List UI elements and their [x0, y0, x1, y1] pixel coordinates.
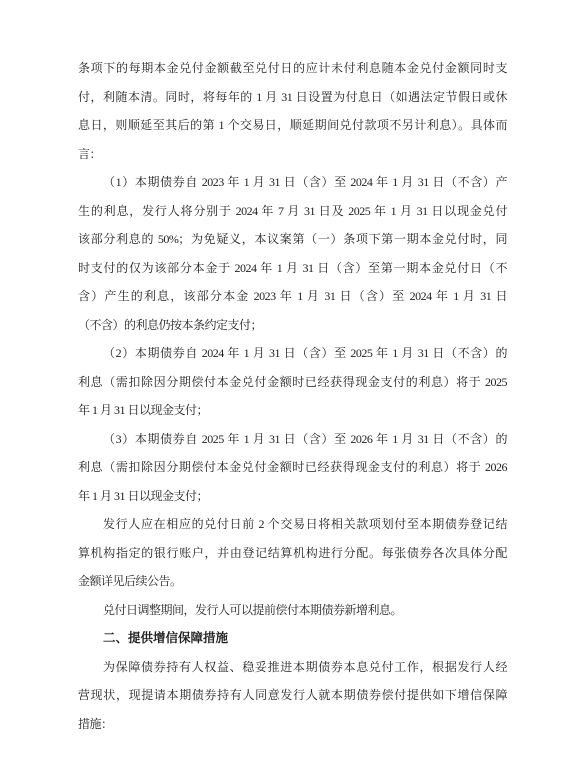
text-block: 条项下的每期本金兑付金额截至兑付日的应计未付利息随本金兑付金额同时支 付，利随本…	[78, 54, 507, 738]
body-line: 为保障债券持有人权益、稳妥推进本期债券本息兑付工作，根据发行人经	[78, 653, 507, 682]
body-line: 生的利息，发行人将分别于 2024 年 7 月 31 日及 2025 年 1 月…	[78, 197, 507, 226]
body-line: （不含）的利息仍按本条约定支付；	[78, 311, 507, 340]
body-line: 含）产生的利息，该部分本金 2023 年 1 月 31 日（含）至 2024 年…	[78, 282, 507, 311]
document-page: 条项下的每期本金兑付金额截至兑付日的应计未付利息随本金兑付金额同时支 付，利随本…	[0, 0, 576, 773]
body-line: 付，利随本清。同时，将每年的 1 月 31 日设置为付息日（如遇法定节假日或休	[78, 83, 507, 112]
body-line: 金额详见后续公告。	[78, 567, 507, 596]
body-line: 言：	[78, 140, 507, 169]
section-heading: 二、提供增信保障措施	[78, 624, 507, 653]
body-line: 年 1 月 31 日以现金支付；	[78, 482, 507, 511]
body-line: 利息（需扣除因分期偿付本金兑付金额时已经获得现金支付的利息）将于 2026	[78, 453, 507, 482]
body-line: （1）本期债券自 2023 年 1 月 31 日（含）至 2024 年 1 月 …	[78, 168, 507, 197]
body-line: 年 1 月 31 日以现金支付；	[78, 396, 507, 425]
body-line: （3）本期债券自 2025 年 1 月 31 日（含）至 2026 年 1 月 …	[78, 425, 507, 454]
body-line: 发行人应在相应的兑付日前 2 个交易日将相关款项划付至本期债券登记结	[78, 510, 507, 539]
body-line: 息日，则顺延至其后的第 1 个交易日，顺延期间兑付款项不另计利息）。具体而	[78, 111, 507, 140]
body-line: （2）本期债券自 2024 年 1 月 31 日（含）至 2025 年 1 月 …	[78, 339, 507, 368]
body-line: 时支付的仅为该部分本金于 2024 年 1 月 31 日（含）至第一期本金兑付日…	[78, 254, 507, 283]
body-line: 措施：	[78, 710, 507, 739]
body-line: 兑付日调整期间，发行人可以提前偿付本期债券新增利息。	[78, 596, 507, 625]
body-line: 该部分利息的 50%；为免疑义，本议案第（一）条项下第一期本金兑付时，同	[78, 225, 507, 254]
body-line: 营现状，现提请本期债券持有人同意发行人就本期债券偿付提供如下增信保障	[78, 681, 507, 710]
body-line: 利息（需扣除因分期偿付本金兑付金额时已经获得现金支付的利息）将于 2025	[78, 368, 507, 397]
body-line: 算机构指定的银行账户，并由登记结算机构进行分配。每张债券各次具体分配	[78, 539, 507, 568]
body-line: 条项下的每期本金兑付金额截至兑付日的应计未付利息随本金兑付金额同时支	[78, 54, 507, 83]
